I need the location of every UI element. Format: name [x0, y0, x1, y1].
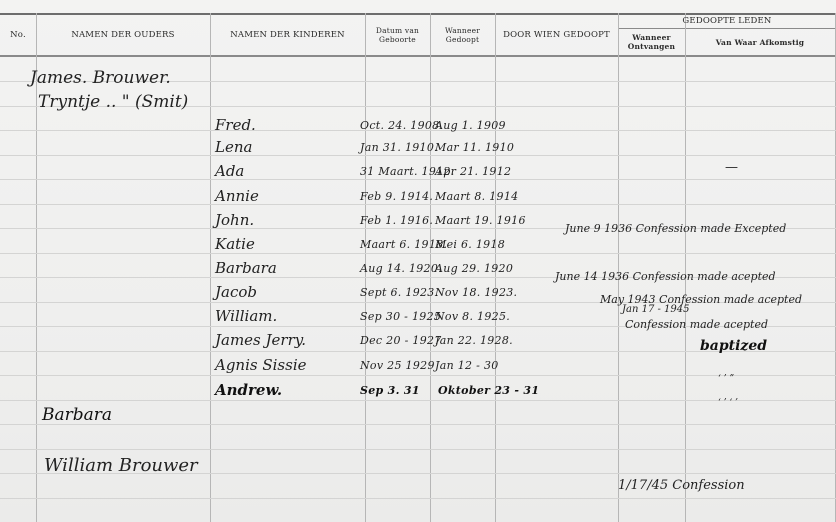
child-baptism-date: Mei 6. 1918 [435, 238, 505, 251]
william-brouwer-confession-note: 1/17/45 Confession [618, 478, 745, 493]
header-parents: NAMEN DER OUDERS [36, 15, 210, 55]
child-birth-date: Feb 9. 1914. [360, 190, 433, 203]
row-rule [0, 400, 836, 401]
child-baptism-date: Jan 12 - 30 [435, 359, 499, 372]
row-rule [0, 204, 836, 205]
child-name: William. [215, 307, 277, 325]
child-birth-date: Sep 30 - 1925 [360, 310, 441, 323]
row-rule [0, 253, 836, 254]
header-baptism-date: Wanneer Gedoopt [430, 15, 495, 55]
child-name: Andrew. [215, 381, 282, 399]
child-name: Fred. [215, 116, 256, 134]
row-rule [0, 179, 836, 180]
row-rule [0, 424, 836, 425]
child-baptism-date: Maart 19. 1916 [435, 214, 526, 227]
child-birth-date: Oct. 24. 1908. [360, 119, 443, 132]
child-name: James Jerry. [215, 331, 306, 349]
child-birth-date: Jan 31. 1910. [360, 141, 438, 154]
jacob-second-date: Jan 17 - 1945 [622, 304, 690, 315]
child-birth-date: Aug 14. 1920. [360, 262, 442, 275]
child-baptism-date: Mar 11. 1910 [435, 141, 514, 154]
header-birth-date: Datum van Geboorte [365, 15, 430, 55]
agnis-ditto-marks: ‘ ’ ” [718, 374, 734, 384]
father-name: James. Brouwer. [30, 68, 171, 88]
header-members-group: GEDOOPTE LEDEN [618, 13, 836, 28]
header-no: No. [0, 15, 36, 55]
child-birth-date: Sept 6. 1923. [360, 286, 438, 299]
child-birth-date: Sep 3. 31 [360, 384, 420, 397]
child-name: Katie [215, 235, 255, 253]
child-baptism-date: Jan 22. 1928. [435, 334, 513, 347]
andrew-ditto-marks: ‘ ’ ‘ ’ [718, 398, 738, 408]
child-birth-date: Dec 20 - 1927 [360, 334, 442, 347]
extra-entry-william-brouwer: William Brouwer [44, 455, 198, 476]
child-birth-date: Nov 25 1929 [360, 359, 435, 372]
column-divider [210, 13, 211, 522]
header-origin: Van Waar Afkomstig [685, 29, 835, 55]
child-name: Jacob [215, 283, 257, 301]
child-name: John. [215, 211, 254, 229]
header-bottom-rule [0, 55, 836, 57]
row-rule [0, 375, 836, 376]
child-baptism-date: Aug 29. 1920 [435, 262, 513, 275]
child-name: Annie [215, 187, 259, 205]
mother-name: Tryntje .. " (Smit) [38, 92, 188, 112]
child-name: Barbara [215, 259, 277, 277]
header-baptized-by: DOOR WIEN GEDOOPT [495, 15, 618, 55]
column-divider [36, 13, 37, 522]
child-name: Agnis Sissie [215, 356, 307, 374]
james-jerry-baptized-note: baptized [700, 338, 767, 354]
child-baptism-date: Oktober 23 - 31 [438, 384, 539, 397]
child-baptism-date: Nov 8. 1925. [435, 310, 510, 323]
child-baptism-date: Nov 18. 1923. [435, 286, 517, 299]
extra-entry-barbara: Barbara [42, 405, 112, 425]
ledger-page: No. NAMEN DER OUDERS NAMEN DER KINDEREN … [0, 0, 836, 522]
ada-note-dash: — [725, 160, 738, 175]
barbara-membership-note: June 14 1936 Confession made acepted [555, 270, 776, 283]
child-baptism-date: Apr 21. 1912 [435, 165, 511, 178]
row-rule [0, 449, 836, 450]
row-rule [0, 498, 836, 499]
child-name: Ada [215, 162, 244, 180]
child-name: Lena [215, 138, 252, 156]
child-baptism-date: Aug 1. 1909 [435, 119, 506, 132]
header-received: Wanneer Ontvangen [618, 29, 685, 55]
column-divider [685, 13, 686, 522]
child-baptism-date: Maart 8. 1914 [435, 190, 518, 203]
header-children: NAMEN DER KINDEREN [210, 15, 365, 55]
row-rule [0, 155, 836, 156]
john-membership-note: June 9 1936 Confession made Excepted [565, 222, 786, 235]
child-birth-date: Feb 1. 1916. [360, 214, 433, 227]
column-divider [618, 13, 619, 522]
william-membership-note: Confession made acepted [625, 318, 768, 331]
